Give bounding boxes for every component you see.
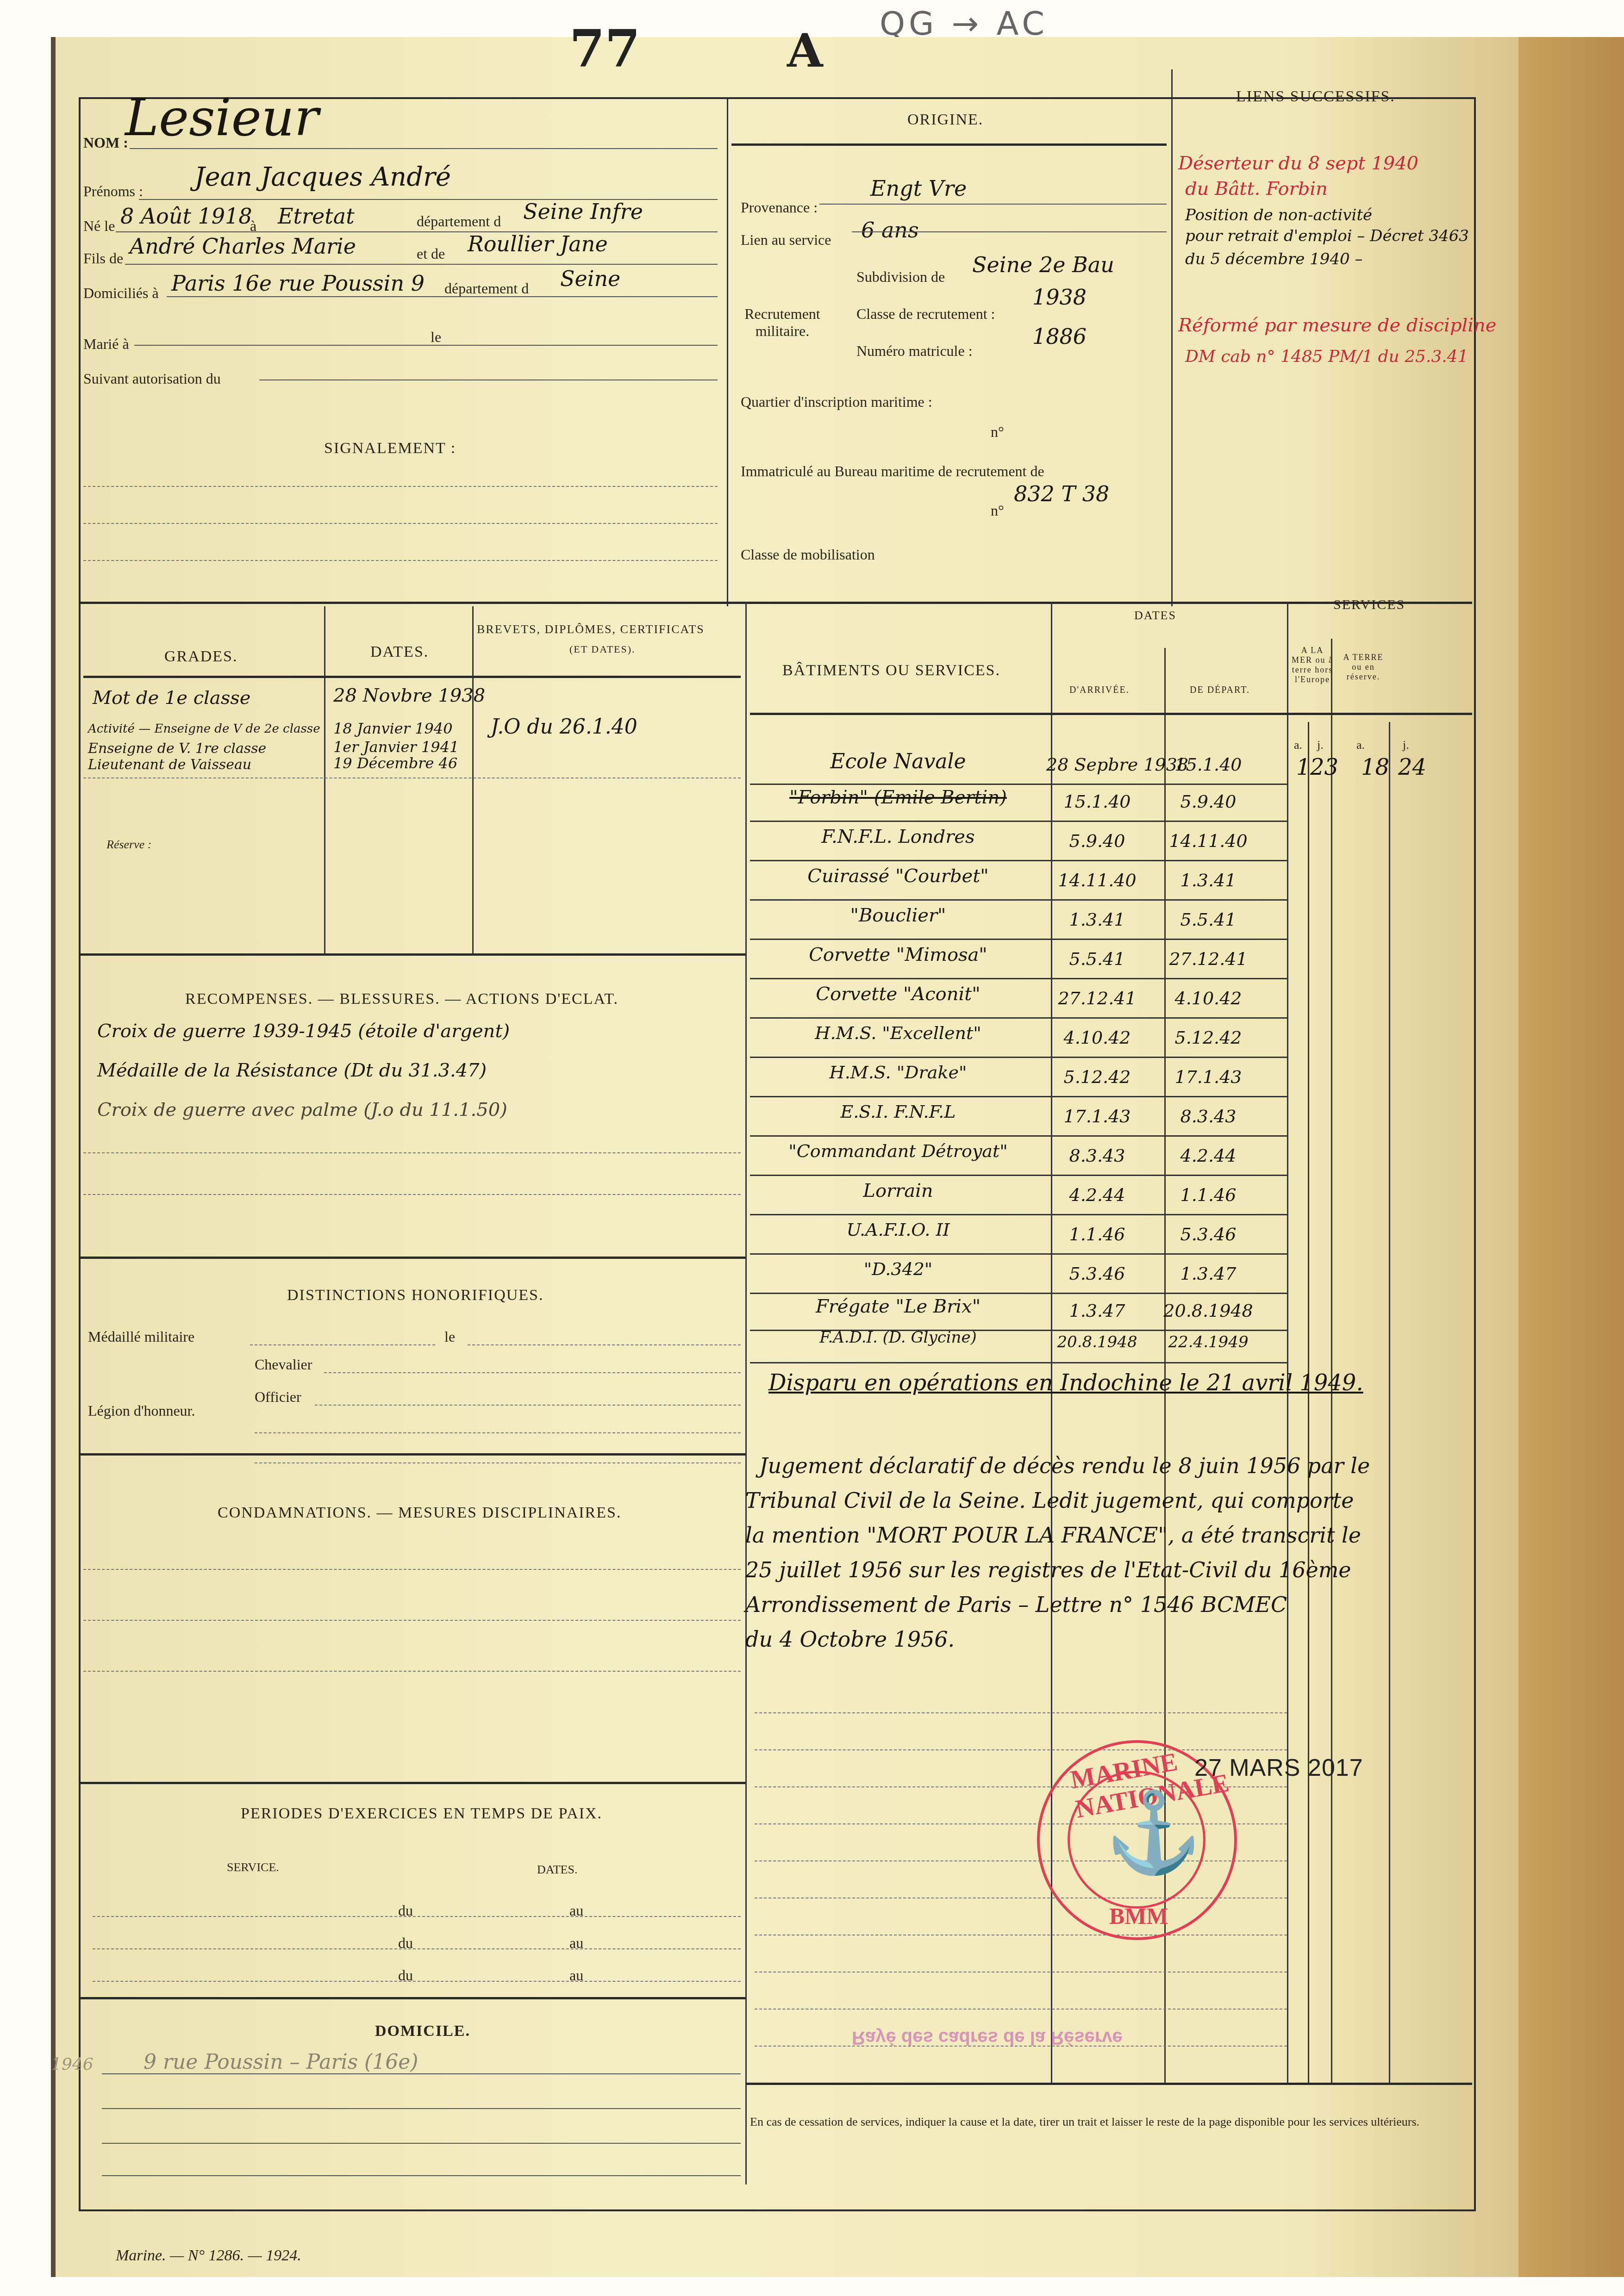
rule — [755, 1972, 1287, 1972]
rule — [93, 1916, 741, 1917]
mother-name: Roullier Jane — [468, 231, 608, 256]
departure-date: 14.11.40 — [1157, 831, 1259, 851]
rule — [250, 1344, 435, 1345]
distinctions-heading: DISTINCTIONS HONORIFIQUES. — [287, 1287, 543, 1304]
folio-number: 77 — [569, 19, 640, 78]
jugement-line: Jugement déclaratif de décès rendu le 8 … — [759, 1453, 1370, 1478]
departure-date: 5.5.41 — [1157, 909, 1259, 930]
faded-reserve-stamp: Rayé des cadres de la Réserve — [852, 2027, 1123, 2048]
grade-date: 1er Janvier 1941 — [333, 738, 459, 756]
brevets-heading: BREVETS, DIPLÔMES, CERTIFICATS — [477, 622, 705, 636]
birth-date: 8 Août 1918 — [120, 204, 252, 229]
rule — [83, 676, 741, 678]
liens-entry: Réformé par mesure de discipline — [1178, 315, 1497, 336]
periodes-service-label: SERVICE. — [227, 1860, 279, 1874]
condamnations-heading: CONDAMNATIONS. — MESURES DISCIPLINAIRES. — [218, 1504, 621, 1522]
service-row: H.M.S. "Excellent"4.10.425.12.42 — [750, 1023, 1468, 1062]
book-spine — [1518, 37, 1624, 2277]
chevalier-label: Chevalier — [255, 1356, 312, 1373]
service-name: Cuirassé "Courbet" — [768, 865, 1028, 887]
arrival-date: 14.11.40 — [1046, 870, 1148, 890]
rule — [755, 1712, 1287, 1713]
periodes-dates-label: DATES. — [537, 1863, 577, 1877]
jugement-line: du 4 Octobre 1956. — [745, 1627, 955, 1652]
date-stamp: 27 MARS 2017 — [1194, 1754, 1363, 1782]
liens-entry: du 5 décembre 1940 – — [1185, 250, 1362, 268]
departure-date: 4.2.44 — [1157, 1145, 1259, 1166]
recompense-item: Médaille de la Résistance (Dt du 31.3.47… — [97, 1060, 487, 1081]
form-imprint: Marine. — N° 1286. — 1924. — [116, 2247, 301, 2265]
grade-row: Enseigne de V. 1re classe — [88, 740, 266, 757]
grade-row: Mot de 1e classe — [93, 687, 250, 709]
legion-label: Légion d'honneur. — [88, 1402, 195, 1419]
liens-heading: LIENS SUCCESSIFS. — [1236, 88, 1395, 106]
service-row: Cuirassé "Courbet"14.11.401.3.41 — [750, 865, 1468, 904]
rule — [79, 1257, 745, 1259]
arrival-date: 17.1.43 — [1046, 1106, 1148, 1126]
rule — [93, 1948, 741, 1949]
services-heading: SERVICES — [1333, 597, 1405, 613]
service-name: "Commandant Détroyat" — [768, 1141, 1028, 1161]
subdivision-value: Seine 2e Bau — [972, 252, 1114, 277]
service-name: Ecole Navale — [768, 750, 1028, 773]
departure-date: 15.1.40 — [1157, 754, 1259, 775]
subdivision-label: Subdivision de — [856, 268, 945, 286]
rule — [79, 1782, 745, 1784]
mer-heading: A LA MER ou à terre hors l'Europe — [1292, 646, 1333, 684]
recompenses-heading: RECOMPENSES. — BLESSURES. — ACTIONS D'EC… — [185, 990, 618, 1008]
arrival-date: 1.1.46 — [1046, 1224, 1148, 1244]
rule — [83, 778, 741, 778]
classe-recrutement-label: Classe de recrutement : — [856, 305, 995, 323]
anchor-icon: ⚓ — [1105, 1794, 1203, 1873]
divider — [745, 602, 747, 2184]
rule — [102, 2108, 741, 2109]
lien-service-value: 6 ans — [861, 218, 919, 243]
departure-date: 17.1.43 — [1157, 1067, 1259, 1087]
brevets-subheading: (ET DATES). — [569, 643, 636, 655]
provenance-label: Provenance : — [741, 199, 818, 216]
rule — [819, 204, 1167, 205]
divider — [324, 606, 325, 953]
service-row: U.A.F.I.O. II1.1.465.3.46 — [750, 1220, 1468, 1258]
service-row: E.S.I. F.N.F.L17.1.438.3.43 — [750, 1101, 1468, 1140]
departure-date: 5.12.42 — [1157, 1027, 1259, 1048]
rule — [315, 1405, 741, 1406]
arrival-date: 15.1.40 — [1046, 791, 1148, 812]
prenoms-label: Prénoms : — [83, 183, 143, 200]
rule — [130, 148, 718, 149]
rule — [324, 1372, 741, 1373]
service-name: "D.342" — [768, 1259, 1028, 1279]
service-row: Lorrain4.2.441.1.46 — [750, 1180, 1468, 1219]
rule — [83, 486, 718, 487]
rule — [83, 1194, 741, 1195]
grade-date: 28 Novbre 1938 — [333, 685, 485, 706]
rule — [125, 264, 718, 265]
rule — [259, 380, 718, 380]
rule — [83, 1152, 741, 1153]
liens-entry: du Bâtt. Forbin — [1185, 178, 1328, 199]
departement-label: département d — [417, 213, 501, 230]
rule — [755, 1935, 1287, 1935]
jugement-line: 25 juillet 1956 sur les registres de l'E… — [745, 1557, 1351, 1582]
birth-departement: Seine Infre — [523, 199, 643, 224]
domicile-value: Paris 16e rue Poussin 9 — [171, 271, 425, 296]
jugement-line: Arrondissement de Paris – Lettre n° 1546… — [745, 1592, 1287, 1617]
grade-date: 18 Janvier 1940 — [333, 720, 453, 737]
service-name: H.M.S. "Drake" — [768, 1062, 1028, 1083]
footnote: En cas de cessation de services, indique… — [750, 2115, 1463, 2129]
arrivee-heading: D'ARRIVÉE. — [1069, 685, 1130, 696]
divider — [472, 606, 474, 953]
arrival-date: 1.3.41 — [1046, 909, 1148, 930]
origine-heading: ORIGINE. — [907, 111, 983, 129]
service-name: Corvette "Mimosa" — [768, 944, 1028, 965]
service-row: "Commandant Détroyat"8.3.434.2.44 — [750, 1141, 1468, 1180]
brevet-value: J.O du 26.1.40 — [491, 715, 637, 739]
service-name: F.N.F.L. Londres — [768, 826, 1028, 847]
rule — [852, 231, 1167, 232]
classe-recrutement-value: 1938 — [1032, 285, 1087, 310]
jugement-line: Tribunal Civil de la Seine. Ledit jugeme… — [745, 1488, 1354, 1513]
rule — [255, 1462, 741, 1463]
service-name: Corvette "Aconit" — [768, 983, 1028, 1005]
signalement-heading: SIGNALEMENT : — [324, 440, 456, 457]
domicile-departement: Seine — [560, 266, 620, 291]
jugement-line: la mention "MORT POUR LA FRANCE", a été … — [745, 1523, 1361, 1548]
recompense-item: Croix de guerre avec palme (J.o du 11.1.… — [97, 1099, 507, 1120]
divider — [727, 97, 728, 606]
rule — [79, 1997, 745, 1999]
departement-label-2: département d — [444, 280, 529, 297]
nom-value: Lesieur — [125, 88, 319, 147]
batiments-heading: BÂTIMENTS OU SERVICES. — [782, 662, 1000, 679]
rule — [79, 1453, 745, 1456]
service-name: Frégate "Le Brix" — [768, 1296, 1028, 1317]
departure-date: 8.3.43 — [1157, 1106, 1259, 1126]
rule — [750, 713, 1472, 715]
service-name: U.A.F.I.O. II — [768, 1220, 1028, 1240]
departure-date: 1.1.46 — [1157, 1185, 1259, 1205]
immatricule-no-value: 832 T 38 — [1014, 481, 1109, 506]
periodes-heading: PERIODES D'EXERCICES EN TEMPS DE PAIX. — [241, 1805, 602, 1823]
rule — [83, 1671, 741, 1672]
terre-heading: A TERRE ou en réserve. — [1338, 653, 1389, 682]
liens-entry: Position de non-activité — [1185, 206, 1372, 224]
domicilies-label: Domiciliés à — [83, 285, 159, 302]
rule — [83, 1620, 741, 1621]
departure-date: 4.10.42 — [1157, 988, 1259, 1008]
recrutement-label: Recrutement militaire. — [741, 305, 824, 340]
rule — [167, 296, 718, 297]
rule — [102, 2143, 741, 2144]
arrival-date: 8.3.43 — [1046, 1145, 1148, 1166]
immatricule-no-label: n° — [991, 502, 1004, 519]
divider — [1171, 69, 1173, 606]
service-name: Lorrain — [768, 1180, 1028, 1201]
rule — [134, 345, 718, 346]
service-row: "Forbin" (Emile Bertin)15.1.405.9.40 — [750, 787, 1468, 826]
rule — [755, 2009, 1287, 2010]
prenoms-value: Jean Jacques André — [194, 162, 451, 192]
service-name: E.S.I. F.N.F.L — [768, 1101, 1028, 1122]
domicile-entry: 9 rue Poussin – Paris (16e) — [144, 2050, 418, 2074]
arrival-date: 4.10.42 — [1046, 1027, 1148, 1048]
ne-le-label: Né le — [83, 218, 115, 235]
service-row: Corvette "Mimosa"5.5.4127.12.41 — [750, 944, 1468, 983]
service-row: "D.342"5.3.461.3.47 — [750, 1259, 1468, 1298]
provenance-value: Engt Vre — [870, 176, 967, 201]
fils-de-label: Fils de — [83, 250, 123, 267]
matricule-label: Numéro matricule : — [856, 342, 973, 360]
arrival-date: 4.2.44 — [1046, 1185, 1148, 1205]
quartier-no-label: n° — [991, 423, 1004, 441]
arrival-date: 28 Sepbre 1938 — [1046, 754, 1148, 775]
disparu-note: Disparu en opérations en Indochine le 21… — [768, 1370, 1363, 1396]
et-de-label: et de — [417, 245, 445, 262]
service-name: "Bouclier" — [768, 905, 1028, 926]
folio-mark: A — [787, 23, 823, 78]
birth-place: Etretat — [278, 204, 355, 229]
stamp-bottom-text: BMM — [1109, 1903, 1168, 1929]
service-row: "Bouclier"1.3.415.5.41 — [750, 905, 1468, 944]
mobilisation-label: Classe de mobilisation — [741, 546, 875, 563]
medaille-le-label: le — [444, 1328, 455, 1345]
rule — [255, 1432, 741, 1433]
rule — [745, 2083, 1472, 2085]
grade-row: Activité — Enseigne de V de 2e classe — [88, 722, 320, 736]
matricule-value: 1886 — [1032, 324, 1087, 349]
departure-date: 1.3.41 — [1157, 870, 1259, 890]
rule — [468, 1344, 741, 1345]
grade-date: 19 Décembre 46 — [333, 754, 457, 772]
service-row: F.A.D.I. (D. Glycine)20.8.194822.4.1949 — [750, 1328, 1468, 1367]
recompense-item: Croix de guerre 1939-1945 (étoile d'arge… — [97, 1020, 510, 1042]
departure-date: 22.4.1949 — [1157, 1333, 1259, 1351]
marie-le-label: le — [431, 329, 441, 346]
reserve-label: Réserve : — [106, 838, 151, 852]
grades-heading: GRADES. — [164, 648, 238, 666]
departure-date: 5.3.46 — [1157, 1224, 1259, 1244]
service-row: Corvette "Aconit"27.12.414.10.42 — [750, 983, 1468, 1022]
quartier-label: Quartier d'inscription maritime : — [741, 393, 932, 411]
rule — [83, 523, 718, 524]
batiments-dates-heading: DATES — [1134, 609, 1176, 622]
departure-date: 20.8.1948 — [1157, 1300, 1259, 1321]
rule — [83, 1569, 741, 1570]
immatricule-label: Immatriculé au Bureau maritime de recrut… — [741, 463, 1044, 480]
depart-heading: DE DÉPART. — [1190, 685, 1250, 696]
marie-label: Marié à — [83, 336, 129, 353]
liens-entry: DM cab n° 1485 PM/1 du 25.3.41 — [1185, 347, 1468, 366]
grades-dates-heading: DATES. — [370, 643, 429, 661]
rule — [731, 143, 1167, 146]
nom-label: NOM : — [83, 134, 128, 151]
service-row: H.M.S. "Drake"5.12.4217.1.43 — [750, 1062, 1468, 1101]
father-name: André Charles Marie — [130, 234, 356, 259]
rule — [102, 2175, 741, 2176]
liens-entry: pour retrait d'emploi – Décret 3463 — [1185, 227, 1469, 245]
arrival-date: 5.3.46 — [1046, 1263, 1148, 1284]
arrival-date: 5.5.41 — [1046, 949, 1148, 969]
arrival-date: 27.12.41 — [1046, 988, 1148, 1008]
rule — [83, 560, 718, 561]
grade-row: Lieutenant de Vaisseau — [88, 757, 251, 773]
service-row: Ecole Navale28 Sepbre 193815.1.40 — [750, 750, 1468, 789]
rule — [116, 231, 718, 232]
arrival-date: 5.9.40 — [1046, 831, 1148, 851]
arrival-date: 5.12.42 — [1046, 1067, 1148, 1087]
domicile-year: 1946 — [51, 2055, 94, 2074]
rule — [93, 1981, 741, 1982]
departure-date: 27.12.41 — [1157, 949, 1259, 969]
domicile-heading: DOMICILE. — [375, 2022, 470, 2040]
service-name: "Forbin" (Emile Bertin) — [768, 787, 1028, 808]
arrival-date: 1.3.47 — [1046, 1300, 1148, 1321]
service-name: H.M.S. "Excellent" — [768, 1023, 1028, 1043]
departure-date: 1.3.47 — [1157, 1263, 1259, 1284]
medaille-label: Médaillé militaire — [88, 1328, 194, 1345]
service-row: F.N.F.L. Londres5.9.4014.11.40 — [750, 826, 1468, 865]
arrival-date: 20.8.1948 — [1046, 1333, 1148, 1351]
service-name: F.A.D.I. (D. Glycine) — [768, 1328, 1028, 1347]
liens-entry: Déserteur du 8 sept 1940 — [1178, 153, 1418, 174]
autorisation-label: Suivant autorisation du — [83, 370, 221, 387]
rule — [102, 2073, 741, 2074]
officier-label: Officier — [255, 1388, 301, 1406]
rule — [79, 953, 745, 956]
section-divider — [79, 602, 1472, 604]
lien-service-label: Lien au service — [741, 231, 831, 249]
departure-date: 5.9.40 — [1157, 791, 1259, 812]
